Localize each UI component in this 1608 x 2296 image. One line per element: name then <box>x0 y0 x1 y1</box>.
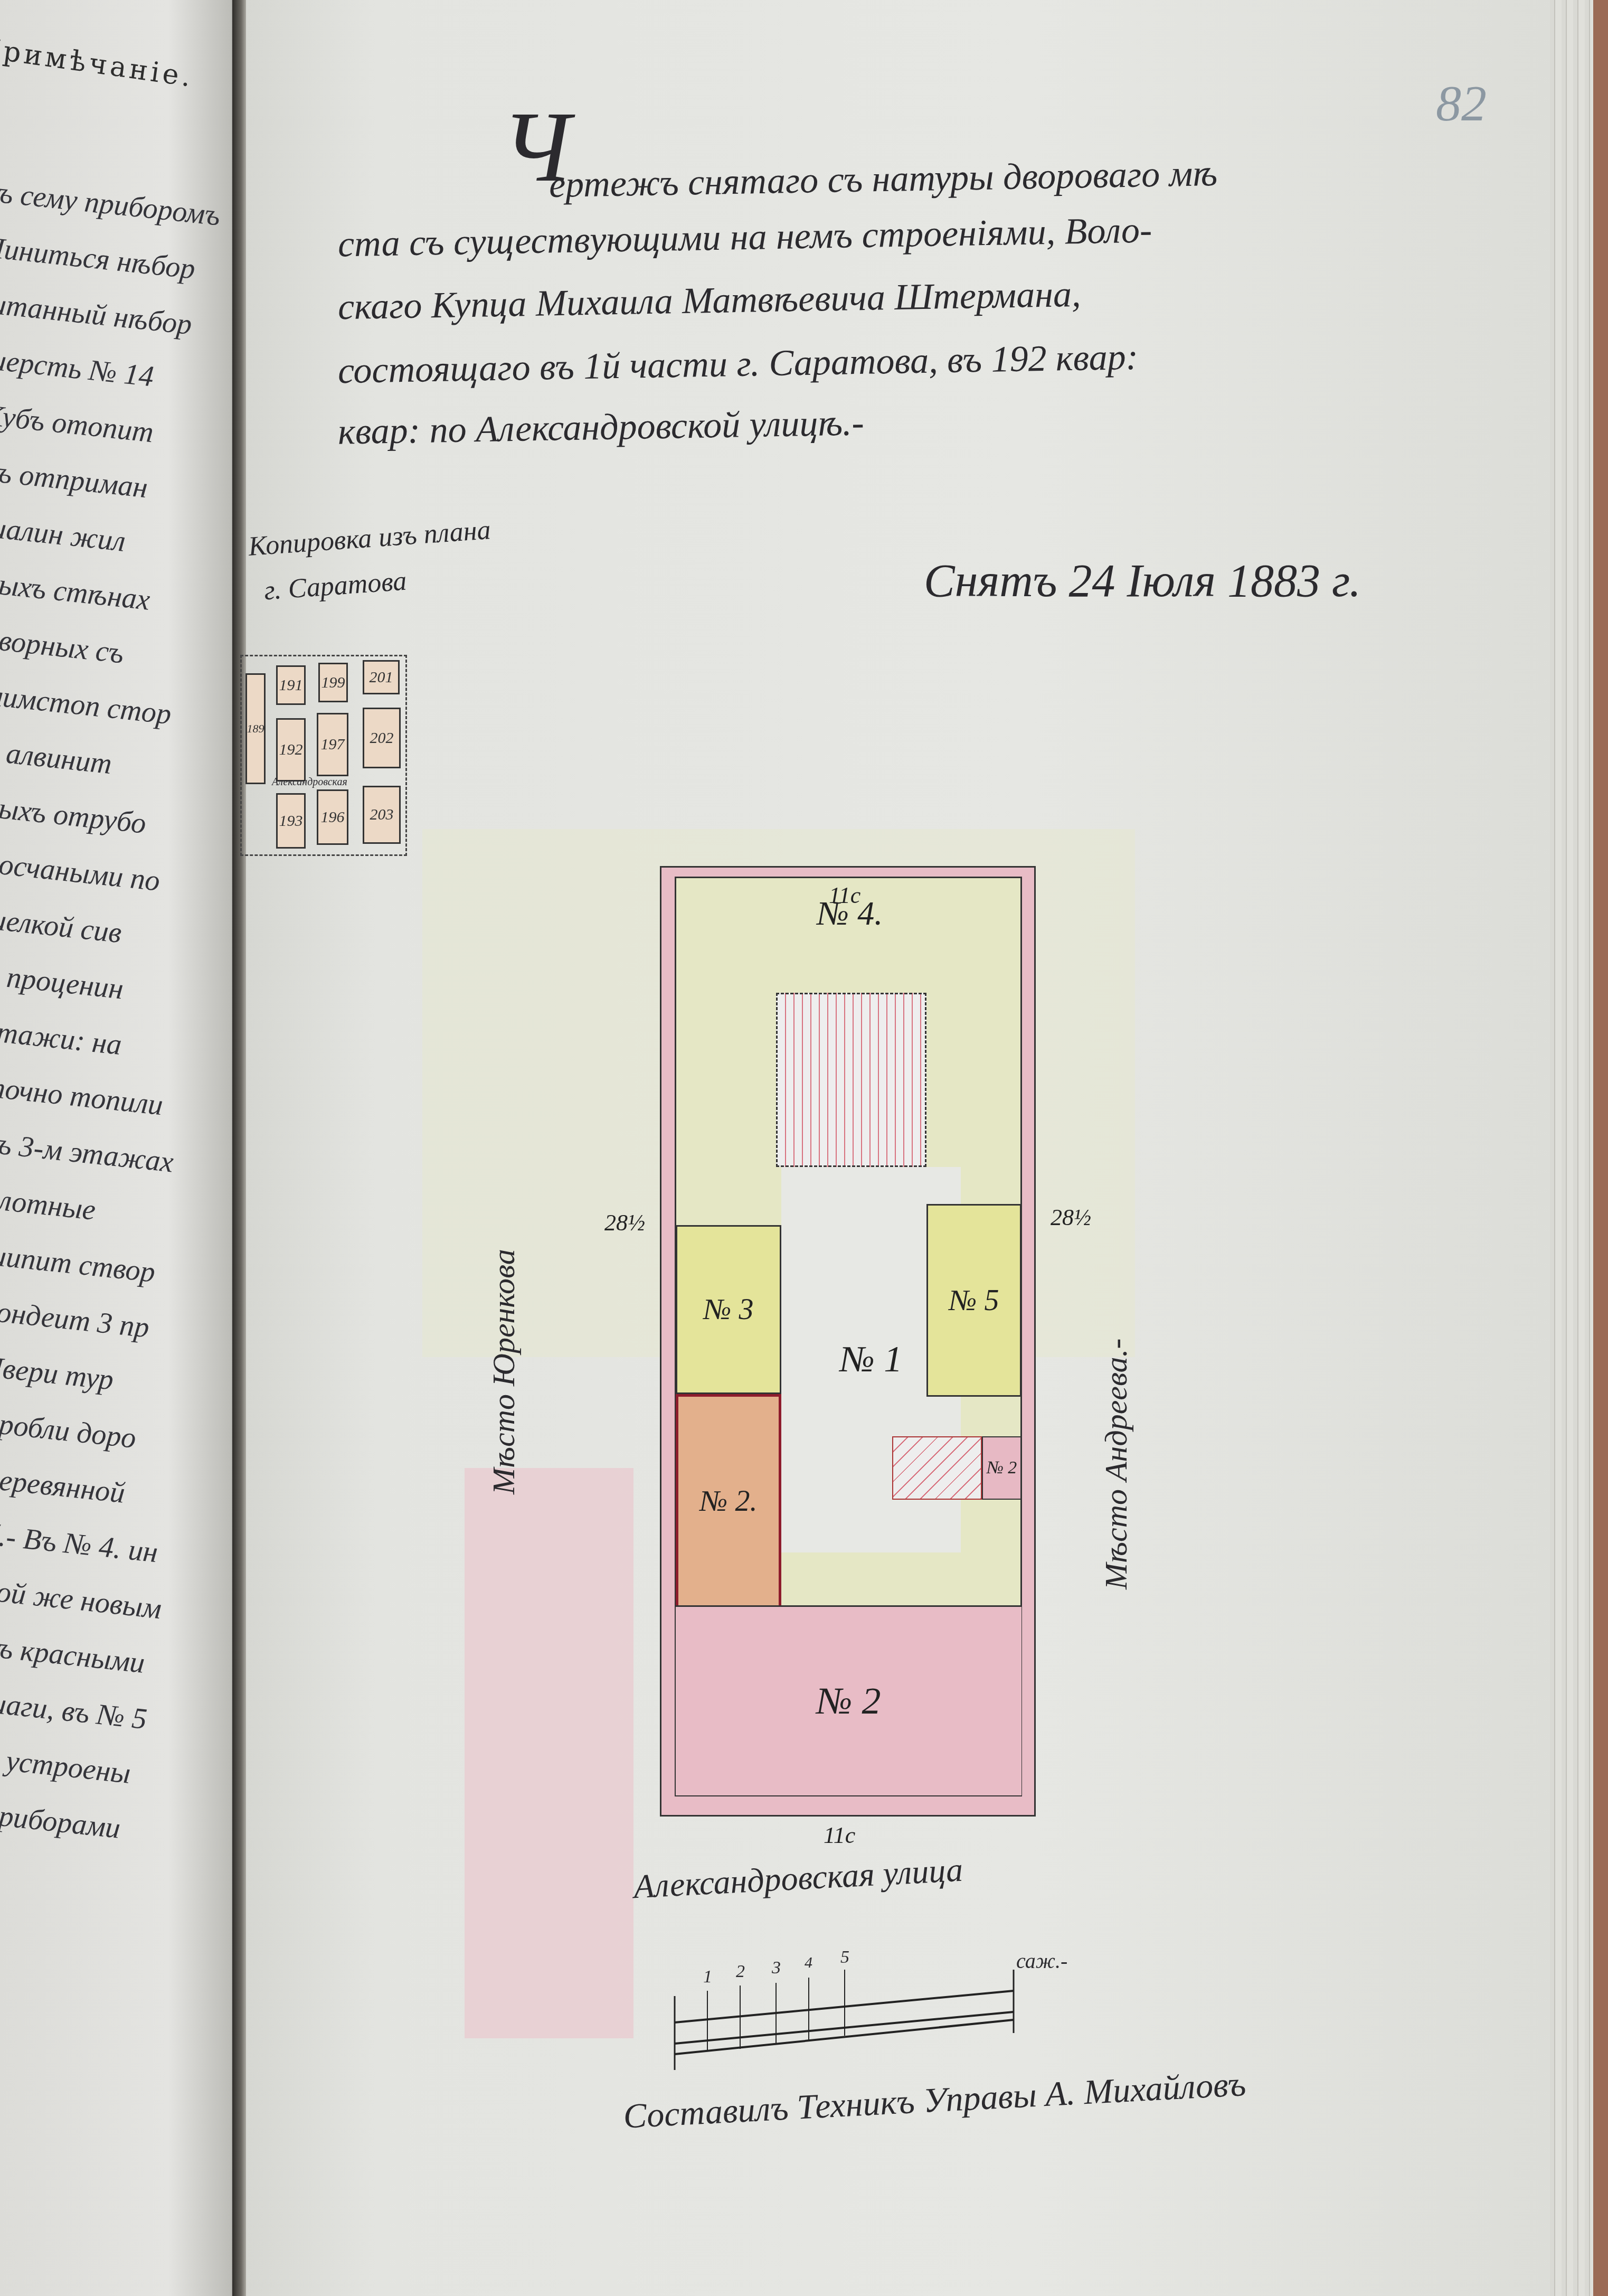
left-page-line: плотные <box>0 1182 97 1227</box>
zone-n2-brown: № 2. <box>676 1394 781 1608</box>
block-189: 189 <box>245 673 266 784</box>
left-page-line: приборами <box>0 1798 122 1846</box>
left-page-line: Чиниться нѣбор <box>0 230 197 286</box>
right-dimension: 28½ <box>1051 1204 1091 1231</box>
left-page-line: деревянной <box>0 1462 127 1510</box>
left-page-line: къ красными <box>0 1630 146 1680</box>
left-page-line: кондеит 3 пр <box>0 1294 151 1344</box>
zone-n3: № 3 <box>676 1225 781 1394</box>
location-mini-map: 191 199 201 189 192 197 202 193 196 203 … <box>240 644 409 861</box>
survey-date: Снятъ 24 Iюля 1883 г. <box>924 554 1361 608</box>
scale-tick-4: 4 <box>805 1954 812 1972</box>
zone-n5: № 5 <box>926 1204 1021 1397</box>
scale-bar: 1 2 3 4 5 саж.- <box>670 1954 1019 2081</box>
desk-surface <box>1593 0 1608 2296</box>
lot-plan: 11с № 4. № 3 № 1 № 5 № 2. № 2 № 2 28½ 28… <box>633 861 1040 1811</box>
scale-tick-5: 5 <box>840 1947 849 1968</box>
left-page-line: дробли доро <box>0 1406 138 1455</box>
left-page-line: штанный нѣбор <box>0 286 194 342</box>
scale-tick-1: 1 <box>703 1967 712 1987</box>
folio-number: 82 <box>1436 74 1487 133</box>
left-dimension: 28½ <box>604 1209 645 1236</box>
left-page-line: мимстоп стор <box>0 678 173 731</box>
block-193: 193 <box>276 793 306 849</box>
left-page-line: ныхъ стѣнах <box>0 566 152 617</box>
left-neighbor-label: Мѣсто Юренкова <box>486 1249 522 1494</box>
block-202: 202 <box>363 708 401 768</box>
block-199: 199 <box>318 663 348 702</box>
left-page-line: въ 3-м этажах <box>0 1126 175 1179</box>
hatched-structure <box>892 1436 982 1500</box>
left-page-line: шаги, въ № 5 <box>0 1686 148 1736</box>
left-page-line: и алвинит <box>0 734 113 781</box>
left-page-line: Кубъ отопит <box>0 398 155 449</box>
left-page: Примѣчанiе. къ сему приборомъЧиниться нѣ… <box>0 0 240 2296</box>
left-page-line: дворных съ <box>0 622 126 670</box>
left-page-line: б.- Въ № 4. ин <box>0 1518 159 1569</box>
bottom-dimension: 11с <box>824 1822 855 1849</box>
zone-n2-main: № 2 <box>676 1605 1021 1795</box>
scale-bar-graphic <box>670 1954 1019 2081</box>
block-192: 192 <box>276 718 306 782</box>
left-page-line: точно топили <box>0 1070 165 1122</box>
mini-map-street: Александровская <box>272 776 347 788</box>
left-page-line: шалин жил <box>0 510 127 559</box>
right-neighbor-label: Мѣсто Андреева.- <box>1098 1338 1134 1589</box>
neighbor-shading-pink <box>465 1468 633 2038</box>
block-201: 201 <box>363 660 400 694</box>
scale-tick-3: 3 <box>772 1958 781 1978</box>
block-197: 197 <box>317 713 348 776</box>
left-page-line: и устроены <box>0 1742 133 1791</box>
left-page-line: къ сему приборомъ <box>0 174 222 233</box>
block-196: 196 <box>317 789 348 845</box>
book-gutter <box>232 0 247 2296</box>
dashed-structure <box>776 993 926 1167</box>
left-page-line: шипит створ <box>0 1238 157 1290</box>
left-page-line: этажи: на <box>0 1014 124 1062</box>
left-page-line: ъ проценин <box>0 958 125 1006</box>
left-page-line: съ отприман <box>0 454 149 505</box>
block-203: 203 <box>363 786 401 844</box>
zone-n2-small: № 2 <box>982 1436 1021 1500</box>
left-page-line: шелкой сив <box>0 902 123 950</box>
left-page-header: Примѣчанiе. <box>0 32 196 93</box>
scale-tick-2: 2 <box>736 1962 745 1982</box>
block-191: 191 <box>276 665 306 705</box>
left-page-line: шерсть № 14 <box>0 342 155 393</box>
left-page-line: Двери тур <box>0 1350 115 1397</box>
left-page-line: досчаными по <box>0 846 162 898</box>
left-page-line: вой же новым <box>0 1574 163 1626</box>
zone-n4-label: № 4. <box>787 890 913 937</box>
scale-unit: саж.- <box>1016 1949 1067 1973</box>
left-page-line: ныхъ отрубо <box>0 790 148 841</box>
